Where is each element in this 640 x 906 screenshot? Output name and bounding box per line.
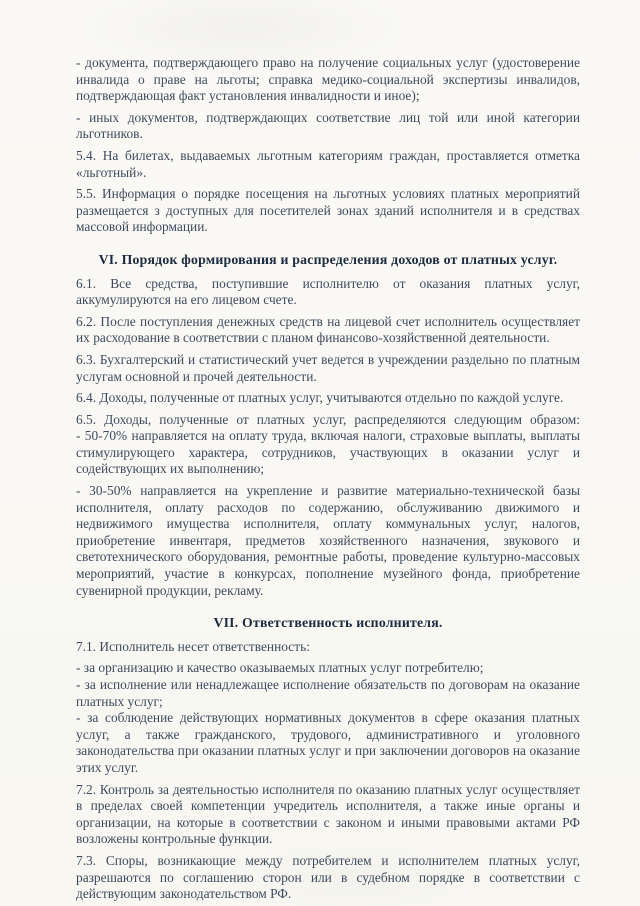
list-item-legislation-compliance: - за соблюдение действующих нормативных … <box>76 710 580 776</box>
paragraph-5-4: 5.4. На билетах, выдаваемых льготным кат… <box>76 148 580 181</box>
scanned-document-page: - документа, подтверждающего право на по… <box>0 0 640 906</box>
paragraph-6-5-item-50-70: - 50-70% направляется на оплату труда, в… <box>76 428 580 478</box>
paragraph-6-5: 6.5. Доходы, полученные от платных услуг… <box>76 412 580 478</box>
list-item-quality: - за организацию и качество оказываемых … <box>76 660 580 677</box>
paragraph-5-5: 5.5. Информация о порядке посещения на л… <box>76 186 580 236</box>
section-heading-vii: VII. Ответственность исполнителя. <box>76 615 580 632</box>
list-item-other-documents: - иных документов, подтверждающих соотве… <box>76 110 580 143</box>
paragraph-7-1: 7.1. Исполнитель несет ответственность: <box>76 639 580 656</box>
list-item-contract-obligations: - за исполнение или ненадлежащее исполне… <box>76 677 580 710</box>
paragraph-6-3: 6.3. Бухгалтерский и статистический учет… <box>76 352 580 385</box>
paragraph-7-2: 7.2. Контроль за деятельностью исполните… <box>76 782 580 848</box>
paragraph-6-2: 6.2. После поступления денежных средств … <box>76 314 580 347</box>
paragraph-6-5-intro: 6.5. Доходы, полученные от платных услуг… <box>76 412 580 429</box>
section-heading-vi: VI. Порядок формирования и распределения… <box>76 252 580 269</box>
responsibility-list: - за организацию и качество оказываемых … <box>76 660 580 776</box>
paragraph-item-30-50: - 30-50% направляется на укрепление и ра… <box>76 483 580 599</box>
paragraph-6-4: 6.4. Доходы, полученные от платных услуг… <box>76 390 580 407</box>
list-item-social-services-document: - документа, подтверждающего право на по… <box>76 55 580 105</box>
paragraph-6-1: 6.1. Все средства, поступившие исполните… <box>76 276 580 309</box>
paragraph-7-3: 7.3. Споры, возникающие между потребител… <box>76 853 580 903</box>
